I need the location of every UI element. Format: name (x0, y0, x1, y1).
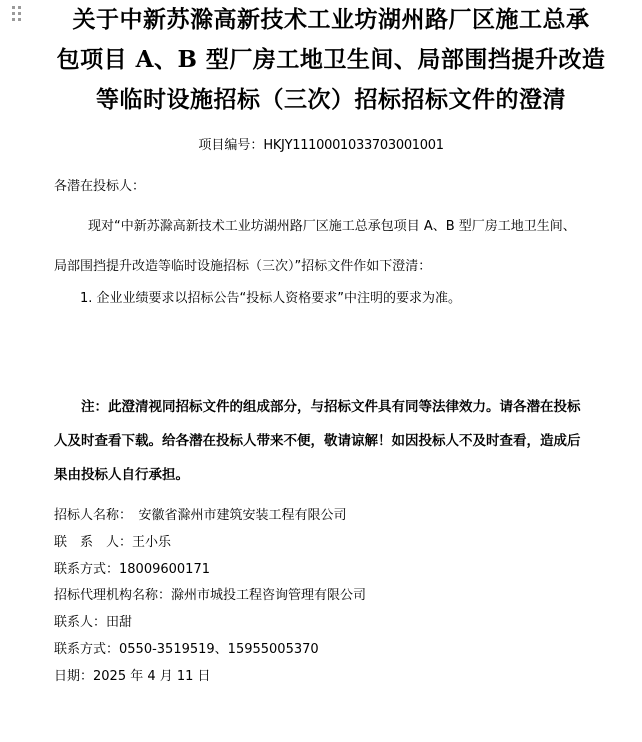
salutation: 各潜在投标人： (54, 177, 145, 197)
tenderer-phone: 联系方式：18009600171 (54, 560, 366, 587)
grip-dot (18, 12, 21, 15)
title-line-1: 关于中新苏滁高新技术工业坊湖州路厂区施工总承 (40, 0, 622, 40)
agency-name: 招标代理机构名称：滁州市城投工程咨询管理有限公司 (54, 586, 366, 613)
title-line-3: 等临时设施招标（三次）招标招标文件的澄清 (40, 80, 622, 120)
intro-line-1: 现对“中新苏滁高新技术工业坊湖州路厂区施工总承包项目 A、B 型厂房工地卫生间、 (88, 217, 576, 237)
document-title: 关于中新苏滁高新技术工业坊湖州路厂区施工总承 包项目 A、B 型厂房工地卫生间、… (40, 0, 622, 120)
note-line-3: 果由投标人自行承担。 (54, 458, 614, 492)
project-number-label: 项目编号： (198, 138, 263, 153)
note-line-1: 注：此澄清视同招标文件的组成部分，与招标文件具有同等法律效力。请各潜在投标 (54, 390, 614, 424)
title-line-2: 包项目 A、B 型厂房工地卫生间、局部围挡提升改造 (40, 40, 622, 80)
grip-dot (12, 6, 15, 9)
project-number-value: HKJY1110001033703001001 (263, 138, 443, 153)
clarification-item-1: 1. 企业业绩要求以招标公告“投标人资格要求”中注明的要求为准。 (80, 289, 461, 309)
grip-dot (12, 12, 15, 15)
project-number: 项目编号：HKJY1110001033703001001 (0, 136, 642, 156)
document-date: 日期：2025 年 4 月 11 日 (54, 667, 366, 694)
agency-phone: 联系方式：0550-3519519、15955005370 (54, 640, 366, 667)
agency-contact-person: 联系人：田甜 (54, 613, 366, 640)
note-line-2: 人及时查看下载。给各潜在投标人带来不便，敬请谅解！如因投标人不及时查看，造成后 (54, 424, 614, 458)
contact-info: 招标人名称： 安徽省滁州市建筑安装工程有限公司 联 系 人：王小乐 联系方式：1… (54, 506, 366, 694)
clarification-note: 注：此澄清视同招标文件的组成部分，与招标文件具有同等法律效力。请各潜在投标 人及… (54, 390, 614, 492)
tenderer-contact-person: 联 系 人：王小乐 (54, 533, 366, 560)
tenderer-name: 招标人名称： 安徽省滁州市建筑安装工程有限公司 (54, 506, 366, 533)
grip-dot (12, 18, 15, 21)
grip-dot (18, 18, 21, 21)
drag-handle-icon[interactable] (12, 6, 22, 22)
intro-line-2: 局部围挡提升改造等临时设施招标（三次）”招标文件作如下澄清： (54, 257, 431, 277)
grip-dot (18, 6, 21, 9)
